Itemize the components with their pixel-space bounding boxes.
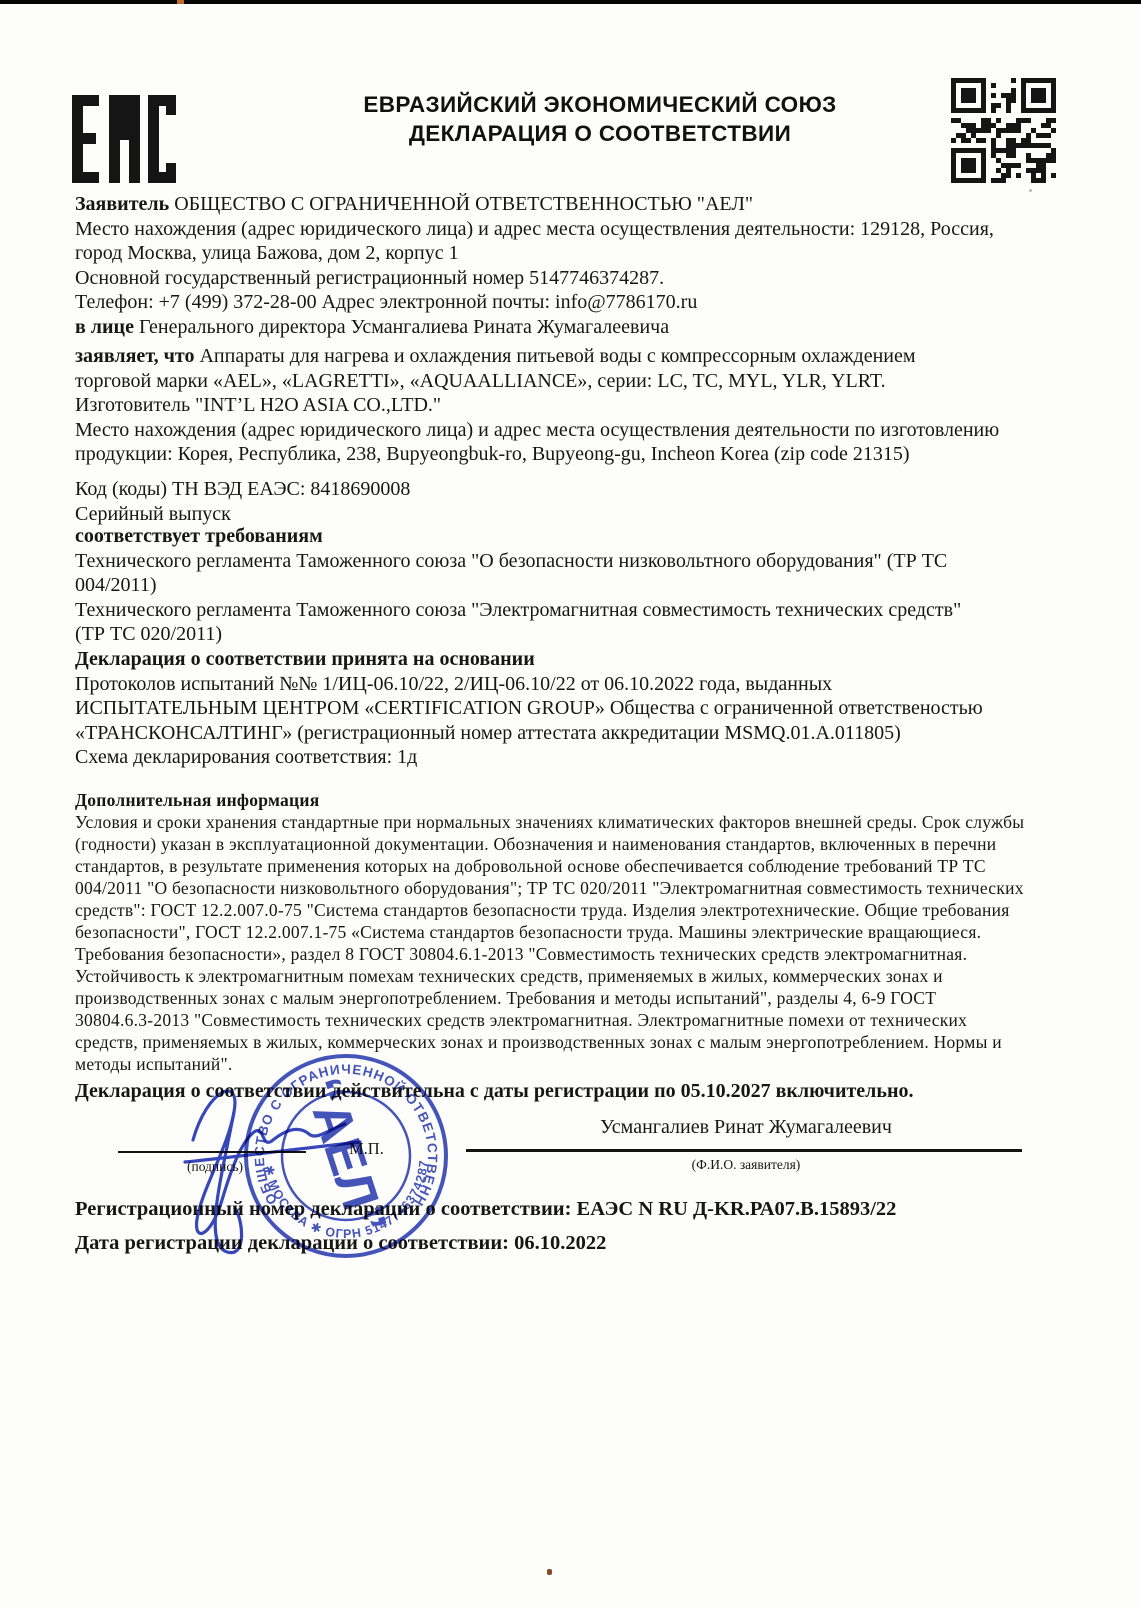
- text-line: безопасности", ГОСТ 12.2.007.1-75 «Систе…: [75, 921, 1024, 943]
- text-line: Место нахождения (адрес юридического лиц…: [75, 418, 999, 443]
- compliance-block: соответствует требованиям Технического р…: [75, 524, 961, 647]
- text-line: в лице Генерального директора Усмангалие…: [75, 315, 994, 340]
- basis-block: Декларация о соответствии принята на осн…: [75, 647, 983, 770]
- applicant-block: Заявитель ОБЩЕСТВО С ОГРАНИЧЕННОЙ ОТВЕТС…: [75, 192, 994, 340]
- text-line: 004/2011): [75, 573, 961, 598]
- text-line: продукции: Корея, Республика, 238, Bupye…: [75, 442, 999, 467]
- name-line: [466, 1149, 1022, 1152]
- scan-speck: [547, 1569, 552, 1575]
- text-line: Телефон: +7 (499) 372-28-00 Адрес электр…: [75, 290, 994, 315]
- name-caption: (Ф.И.О. заявителя): [596, 1157, 896, 1173]
- text-line: заявляет, что Аппараты для нагрева и охл…: [75, 344, 999, 369]
- text-line: Основной государственный регистрационный…: [75, 266, 994, 291]
- code-block: Код (коды) ТН ВЭД ЕАЭС: 8418690008 Серий…: [75, 477, 410, 526]
- text-line: Устойчивость к электромагнитным помехам …: [75, 965, 1024, 987]
- text-line: город Москва, улица Бажова, дом 2, корпу…: [75, 241, 994, 266]
- text-line: (ТР ТС 020/2011): [75, 622, 961, 647]
- scan-speck: [177, 0, 184, 4]
- text-line: Изготовитель "INT’L H2O ASIA CO.,LTD.": [75, 393, 999, 418]
- scan-speck: [1029, 189, 1032, 192]
- text-line: «ТРАНСКОНСАЛТИНГ» (регистрационный номер…: [75, 721, 983, 746]
- text-line: торговой марки «AEL», «LAGRETTI», «AQUAA…: [75, 369, 999, 394]
- text-line: (годности) указан в эксплуатационной док…: [75, 833, 1024, 855]
- text-line: Заявитель ОБЩЕСТВО С ОГРАНИЧЕННОЙ ОТВЕТС…: [75, 192, 994, 217]
- text-line: производственных зонах с малым энергопот…: [75, 987, 1024, 1009]
- text-line: Требования безопасности», раздел 8 ГОСТ …: [75, 943, 1024, 965]
- text-line: Технического регламента Таможенного союз…: [75, 549, 961, 574]
- eac-logo-icon: [72, 95, 176, 183]
- scan-edge-bar: [0, 0, 1141, 4]
- text-line: средств": ГОСТ 12.2.007.0-75 "Система ст…: [75, 899, 1024, 921]
- document-title: ЕВРАЗИЙСКИЙ ЭКОНОМИЧЕСКИЙ СОЮЗ ДЕКЛАРАЦИ…: [270, 90, 930, 148]
- additional-info-block: Дополнительная информация Условия и срок…: [75, 789, 1024, 1075]
- text-line: Протоколов испытаний №№ 1/ИЦ-06.10/22, 2…: [75, 672, 983, 697]
- text-line: Схема декларирования соответствия: 1д: [75, 745, 983, 770]
- text-line: ИСПЫТАТЕЛЬНЫМ ЦЕНТРОМ «CERTIFICATION GRO…: [75, 696, 983, 721]
- text-line: Код (коды) ТН ВЭД ЕАЭС: 8418690008: [75, 477, 410, 502]
- text-line: Серийный выпуск: [75, 502, 410, 527]
- text-line: 004/2011 "О безопасности низковольтного …: [75, 877, 1024, 899]
- additional-info-heading: Дополнительная информация: [75, 789, 1024, 811]
- title-line-1: ЕВРАЗИЙСКИЙ ЭКОНОМИЧЕСКИЙ СОЮЗ: [270, 90, 930, 119]
- declaration-document: ЕВРАЗИЙСКИЙ ЭКОНОМИЧЕСКИЙ СОЮЗ ДЕКЛАРАЦИ…: [0, 0, 1141, 1608]
- text-line: Технического регламента Таможенного союз…: [75, 598, 961, 623]
- handwritten-signature: [155, 1062, 385, 1262]
- text-line: средств, применяемых в жилых, коммерческ…: [75, 1031, 1024, 1053]
- declarant-name: Усмангалиев Ринат Жумагалеевич: [446, 1116, 1046, 1139]
- product-block: заявляет, что Аппараты для нагрева и охл…: [75, 344, 999, 467]
- text-line: соответствует требованиям: [75, 524, 961, 549]
- text-line: Условия и сроки хранения стандартные при…: [75, 811, 1024, 833]
- text-line: Место нахождения (адрес юридического лиц…: [75, 217, 994, 242]
- text-line: 30804.6.3-2013 "Совместимость технически…: [75, 1009, 1024, 1031]
- qr-code-icon: [951, 78, 1056, 183]
- title-line-2: ДЕКЛАРАЦИЯ О СООТВЕТСТВИИ: [270, 119, 930, 148]
- text-line: стандартов, в результате применения кото…: [75, 855, 1024, 877]
- text-line: Декларация о соответствии принята на осн…: [75, 647, 983, 672]
